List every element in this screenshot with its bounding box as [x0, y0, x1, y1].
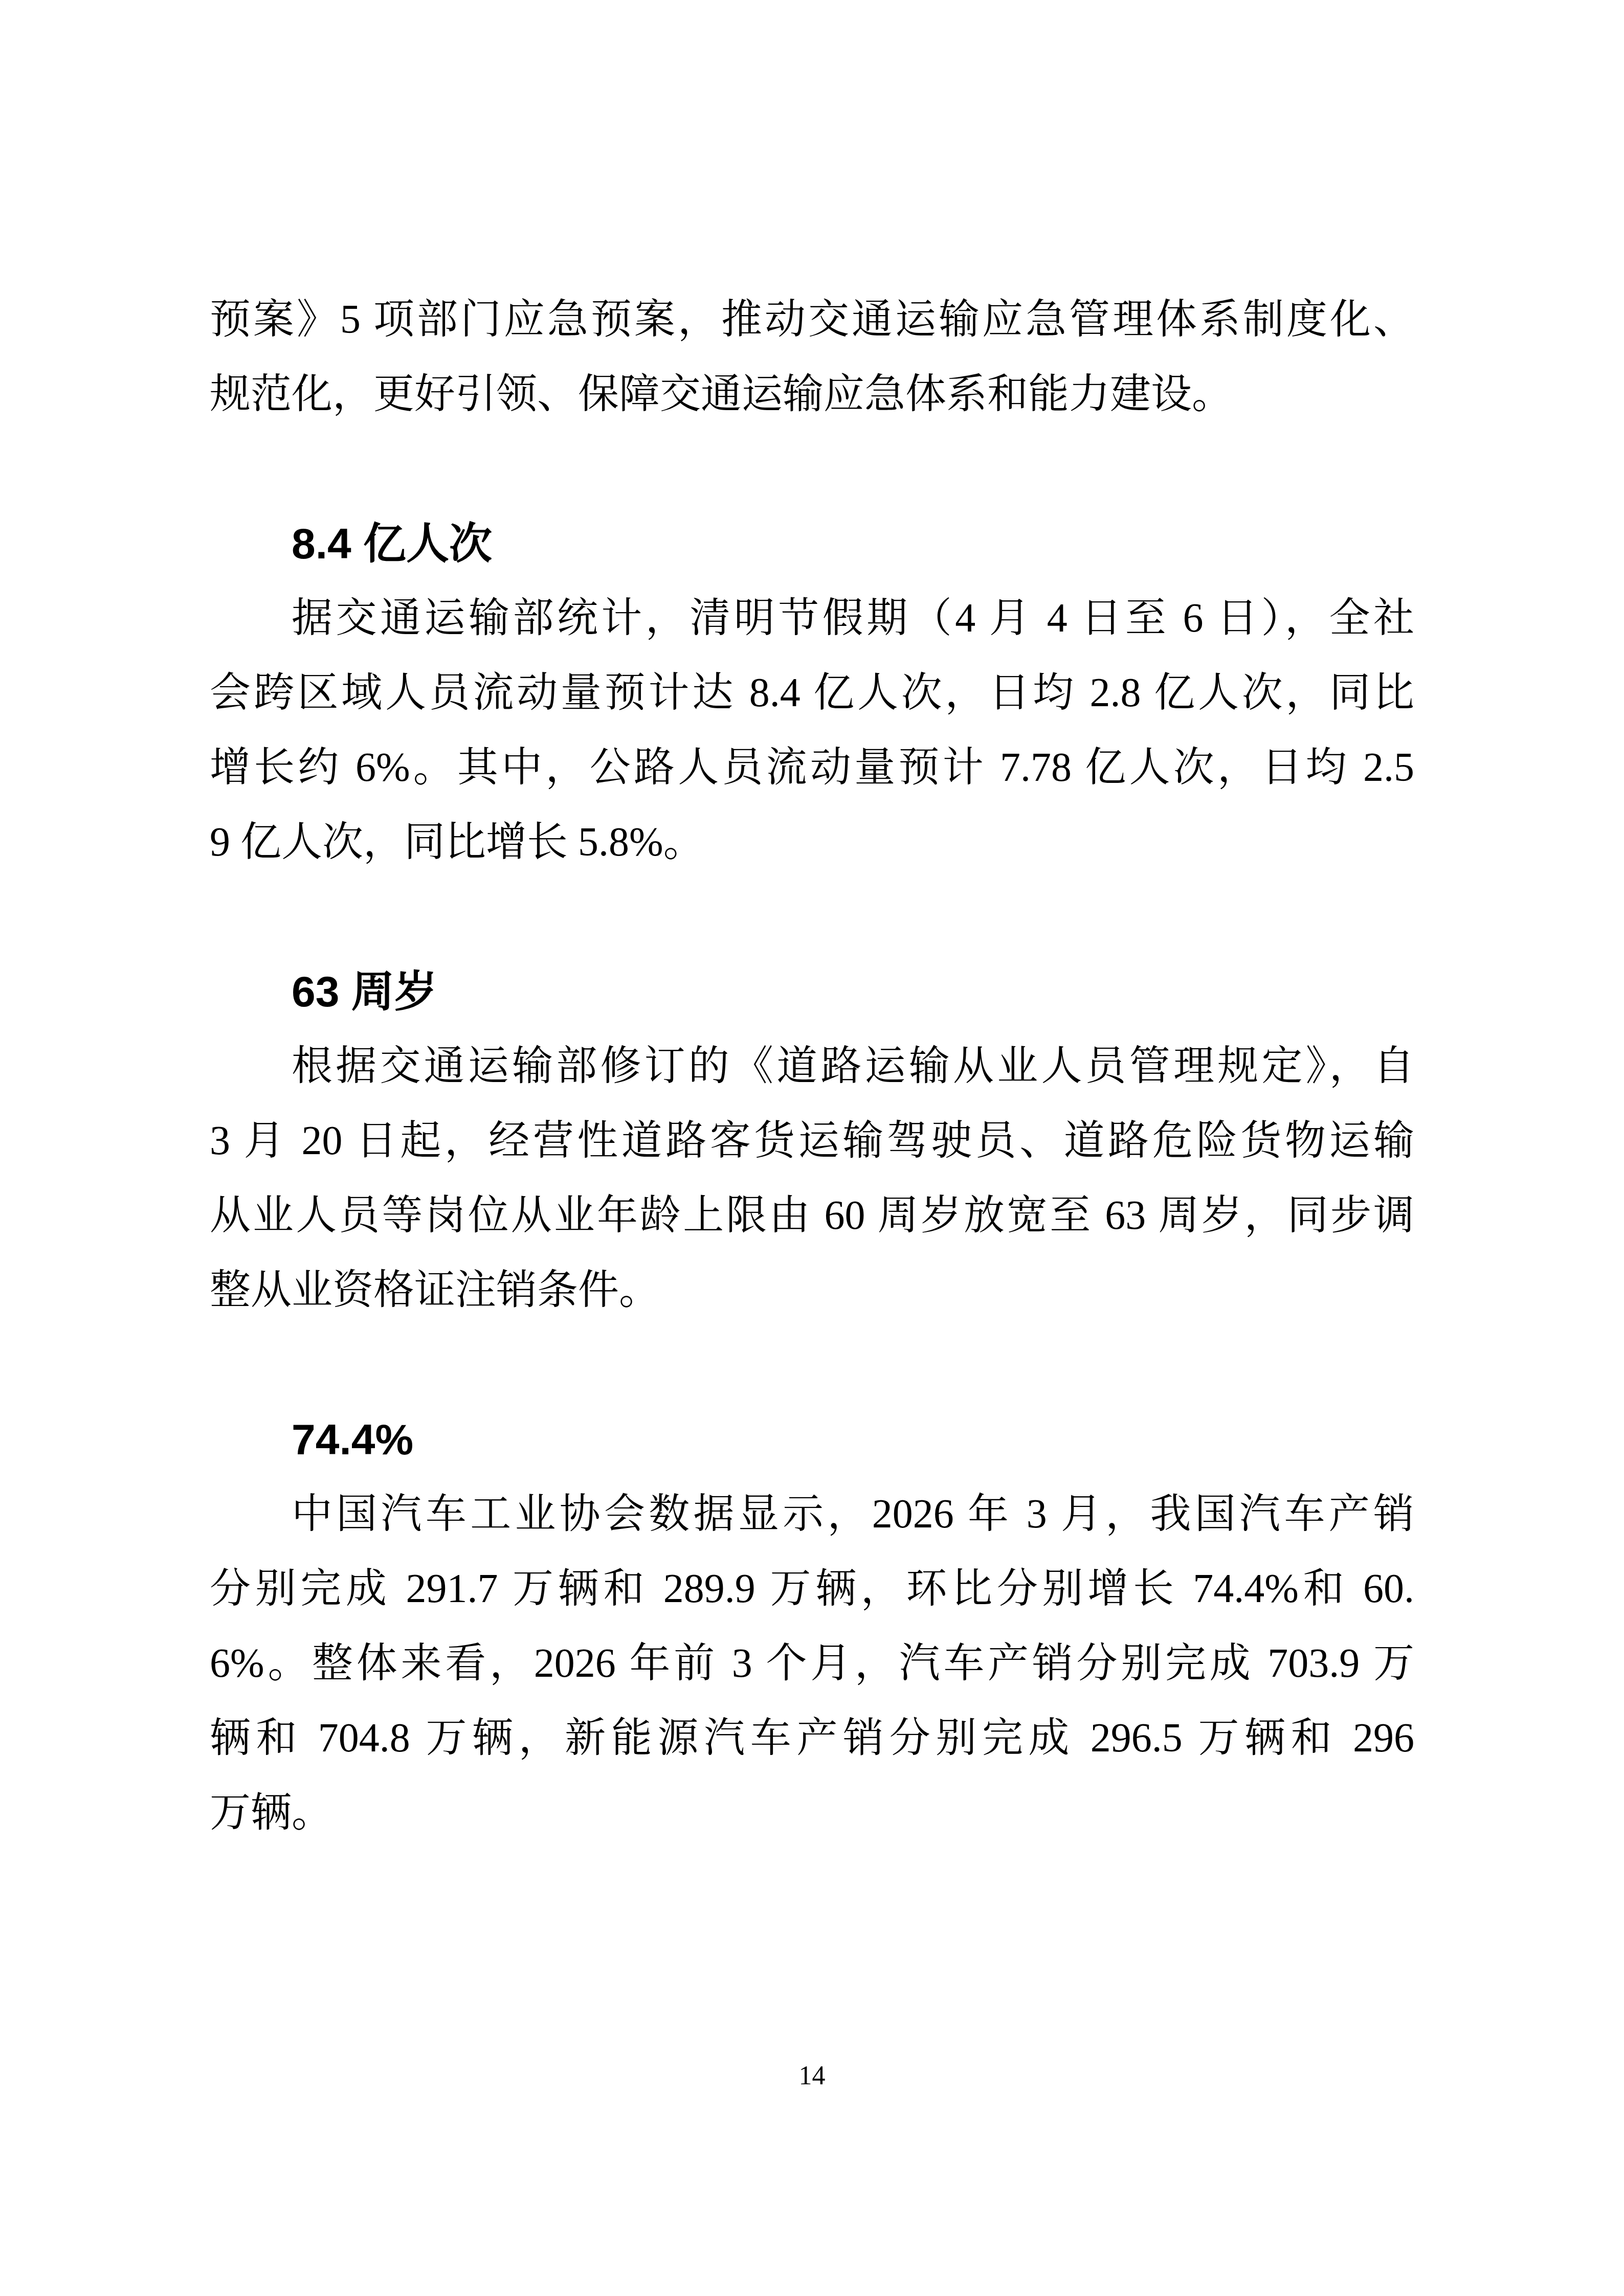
- document-page: 预案》5 项部门应急预案，推动交通运输应急管理体系制度化、 规范化，更好引领、保…: [0, 0, 1624, 2296]
- section2-line-3: 从业人员等岗位从业年龄上限由 60 周岁放宽至 63 周岁，同步调: [210, 1178, 1414, 1253]
- section1-heading: 8.4 亿人次: [210, 506, 1414, 581]
- section2-line-4: 整从业资格证注销条件。: [210, 1253, 1414, 1327]
- section2-line-1: 根据交通运输部修订的《道路运输从业人员管理规定》，自: [210, 1029, 1414, 1104]
- section2-line-2: 3 月 20 日起，经营性道路客货运输驾驶员、道路危险货物运输: [210, 1104, 1414, 1178]
- section3-line-2: 分别完成 291.7 万辆和 289.9 万辆，环比分别增长 74.4%和 60…: [210, 1551, 1414, 1626]
- section1-line-2: 会跨区域人员流动量预计达 8.4 亿人次，日均 2.8 亿人次，同比: [210, 656, 1414, 730]
- section3-line-5: 万辆。: [210, 1775, 1414, 1850]
- section3-line-1: 中国汽车工业协会数据显示，2026 年 3 月，我国汽车产销: [210, 1477, 1414, 1551]
- intro-line-1: 预案》5 项部门应急预案，推动交通运输应急管理体系制度化、: [210, 282, 1414, 357]
- blank-line: [210, 432, 1414, 506]
- document-body: 预案》5 项部门应急预案，推动交通运输应急管理体系制度化、 规范化，更好引领、保…: [210, 282, 1414, 1850]
- section3-line-3: 6%。整体来看，2026 年前 3 个月，汽车产销分别完成 703.9 万: [210, 1626, 1414, 1701]
- section1-line-3: 增长约 6%。其中，公路人员流动量预计 7.78 亿人次，日均 2.5: [210, 730, 1414, 805]
- page-number: 14: [0, 2061, 1624, 2091]
- section2-heading: 63 周岁: [210, 954, 1414, 1029]
- blank-line: [210, 1327, 1414, 1402]
- section3-line-4: 辆和 704.8 万辆，新能源汽车产销分别完成 296.5 万辆和 296: [210, 1701, 1414, 1775]
- blank-line: [210, 880, 1414, 954]
- section1-line-4: 9 亿人次，同比增长 5.8%。: [210, 805, 1414, 880]
- intro-line-2: 规范化，更好引领、保障交通运输应急体系和能力建设。: [210, 357, 1414, 432]
- section1-line-1: 据交通运输部统计，清明节假期（4 月 4 日至 6 日），全社: [210, 581, 1414, 656]
- section3-heading: 74.4%: [210, 1402, 1414, 1477]
